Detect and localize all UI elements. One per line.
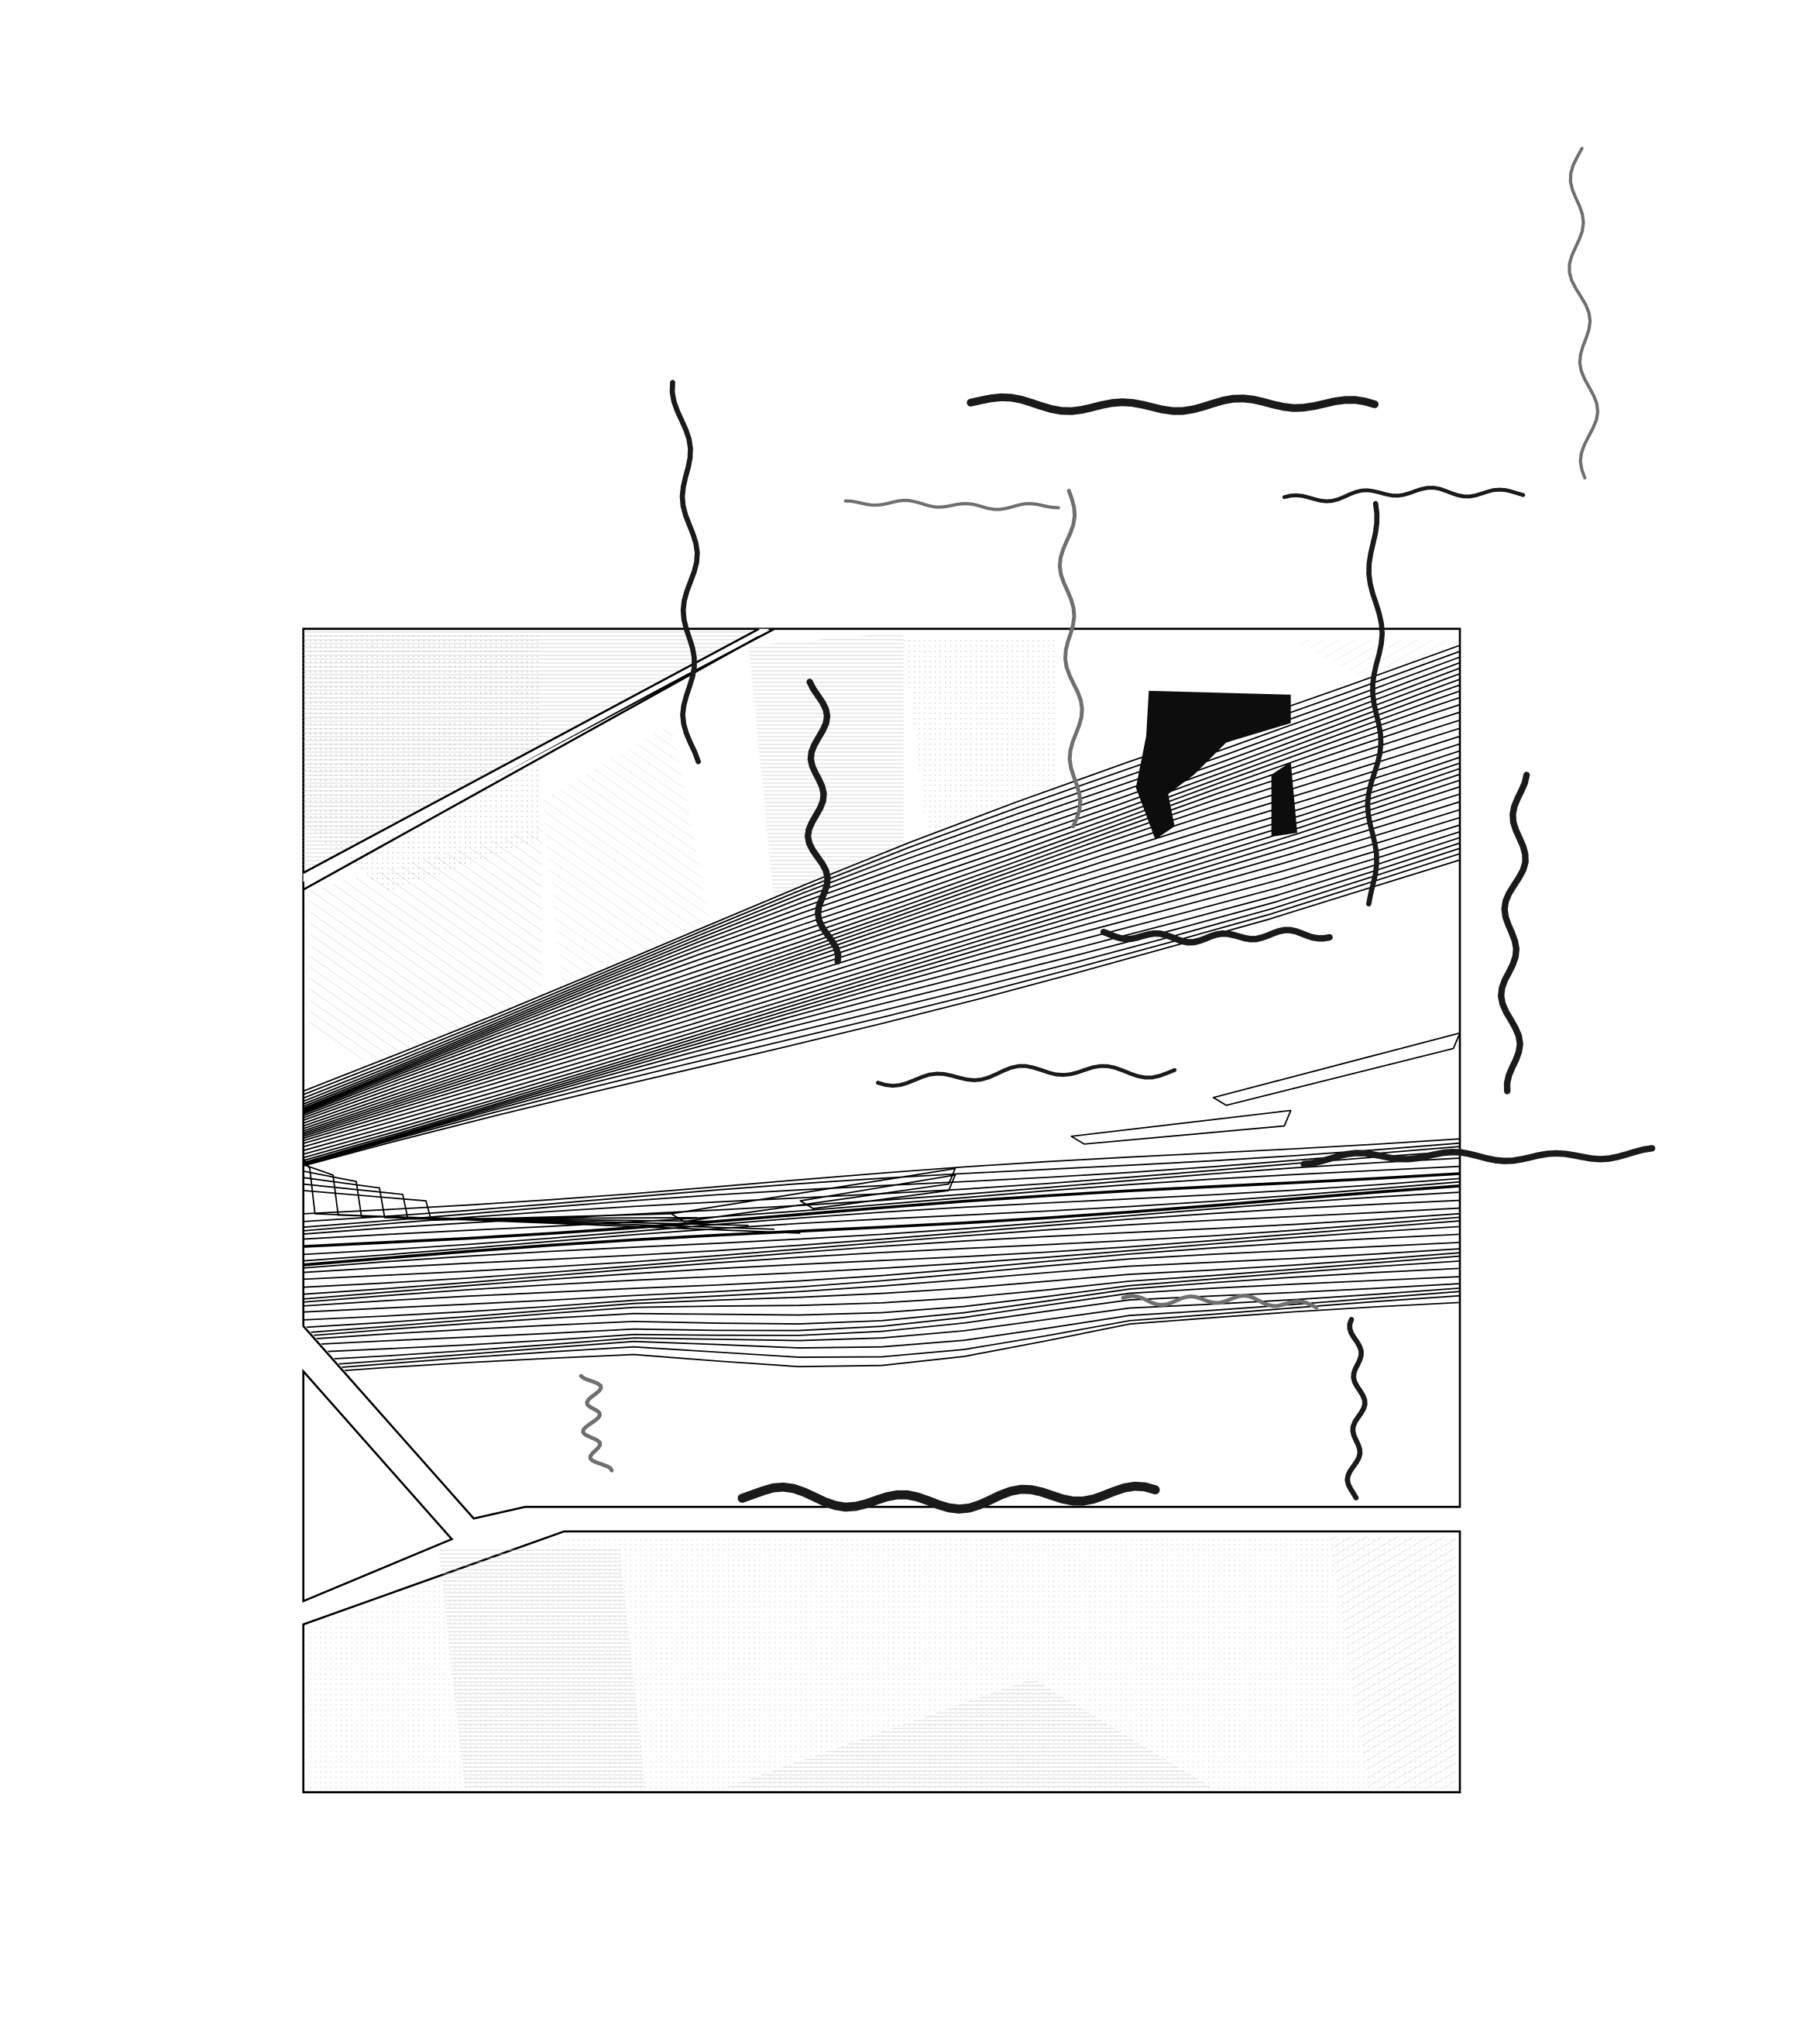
charcoal-stroke bbox=[970, 397, 1375, 411]
charcoal-stroke bbox=[1284, 488, 1523, 502]
charcoal-stroke bbox=[1501, 775, 1526, 1091]
charcoal-stroke bbox=[846, 500, 1059, 510]
lower-site-frame bbox=[304, 1531, 1460, 1793]
drawing-canvas bbox=[0, 0, 1820, 2035]
charcoal-stroke bbox=[1570, 149, 1599, 478]
